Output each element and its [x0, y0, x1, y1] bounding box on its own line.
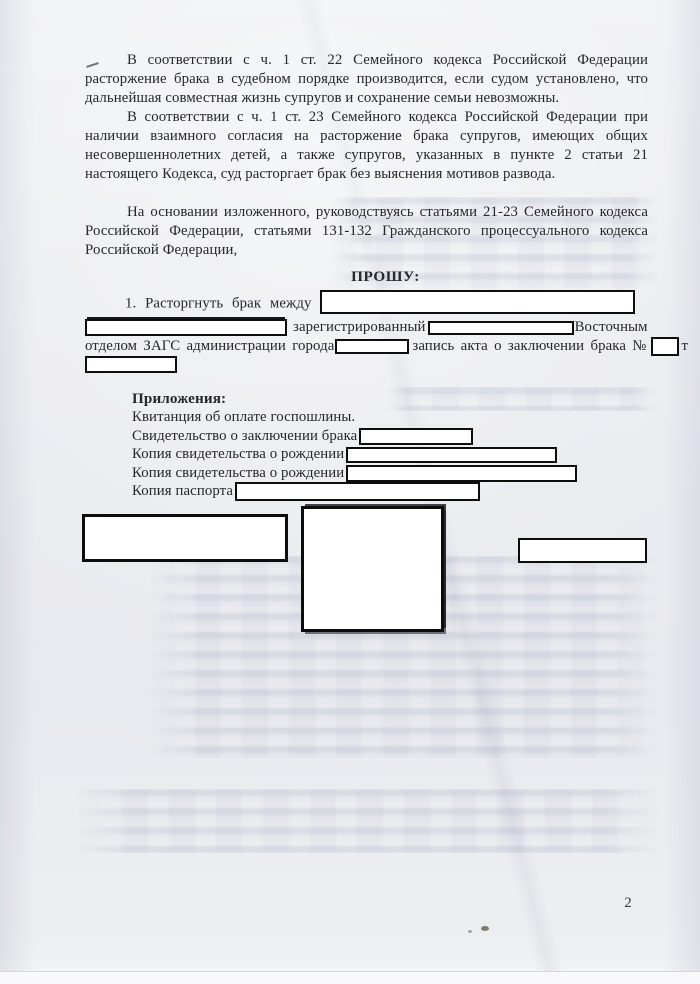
- petition-clause-text: Восточным: [575, 319, 648, 335]
- paper-speck: [481, 926, 489, 931]
- redaction-box: [346, 465, 577, 482]
- page-number: 2: [616, 895, 640, 912]
- redaction-box: [346, 447, 557, 463]
- attachment-label: Копия свидетельства о рождении: [132, 465, 344, 481]
- petition-clause-line-3: отделом ЗАГС администрации городазапись …: [85, 337, 648, 355]
- scan-edge: [0, 971, 700, 984]
- redaction-box: [320, 290, 635, 314]
- paper-speck: [468, 930, 472, 933]
- attachment-item: Свидетельство о заключении брака: [132, 427, 648, 446]
- paragraph-legal-basis: На основании изложенного, руководствуясь…: [85, 203, 648, 260]
- petition-clause-line-2: зарегистрированныйВосточным: [85, 318, 648, 337]
- petition-clause-line-4: [85, 355, 648, 375]
- petition-clause-text: отделом ЗАГС администрации города: [85, 338, 334, 354]
- petition-clause-text: т: [682, 338, 689, 354]
- petition-clause-text: зарегистрированный: [293, 319, 426, 335]
- bleed-through-text: [75, 789, 660, 853]
- paragraph-article-23: В соответствии с ч. 1 ст. 23 Семейного к…: [85, 108, 648, 184]
- attachments-section: Приложения: Квитанция об оплате госпошли…: [85, 389, 648, 501]
- redaction-box: [651, 337, 679, 356]
- attachment-label: Свидетельство о заключении брака: [132, 428, 357, 444]
- redaction-box: [85, 356, 177, 373]
- redaction-box: [428, 321, 574, 335]
- attachment-item: Копия свидетельства о рождении: [132, 445, 648, 464]
- redaction-box: [359, 428, 473, 445]
- paragraph-article-22: В соответствии с ч. 1 ст. 22 Семейного к…: [85, 51, 648, 108]
- redaction-box: [235, 482, 480, 501]
- redaction-box-small-right: [518, 538, 647, 563]
- petition-clause-line-1: 1. Расторгнуть брак между: [85, 294, 648, 318]
- attachment-item: Копия паспорта: [132, 482, 648, 501]
- redaction-box: [85, 319, 287, 336]
- scanned-document-page: В соответствии с ч. 1 ст. 22 Семейного к…: [0, 0, 700, 984]
- attachment-label: Копия паспорта: [132, 483, 233, 499]
- document-body: В соответствии с ч. 1 ст. 22 Семейного к…: [85, 0, 648, 501]
- attachment-label: Квитанция об оплате госпошлины.: [132, 409, 355, 425]
- attachment-item: Квитанция об оплате госпошлины.: [132, 408, 648, 427]
- petition-clause-text: 1. Расторгнуть брак между: [125, 295, 312, 311]
- attachment-item: Копия свидетельства о рождении: [132, 464, 648, 483]
- attachment-label: Копия свидетельства о рождении: [132, 446, 344, 462]
- heading-request: ПРОШУ:: [85, 267, 648, 286]
- petition-clause-text: запись акта о заключении брака №: [412, 338, 646, 354]
- redaction-box-large-left: [82, 514, 288, 562]
- redaction-box-large-middle: [301, 506, 444, 632]
- redaction-box: [335, 339, 409, 354]
- attachments-title: Приложения:: [132, 389, 648, 408]
